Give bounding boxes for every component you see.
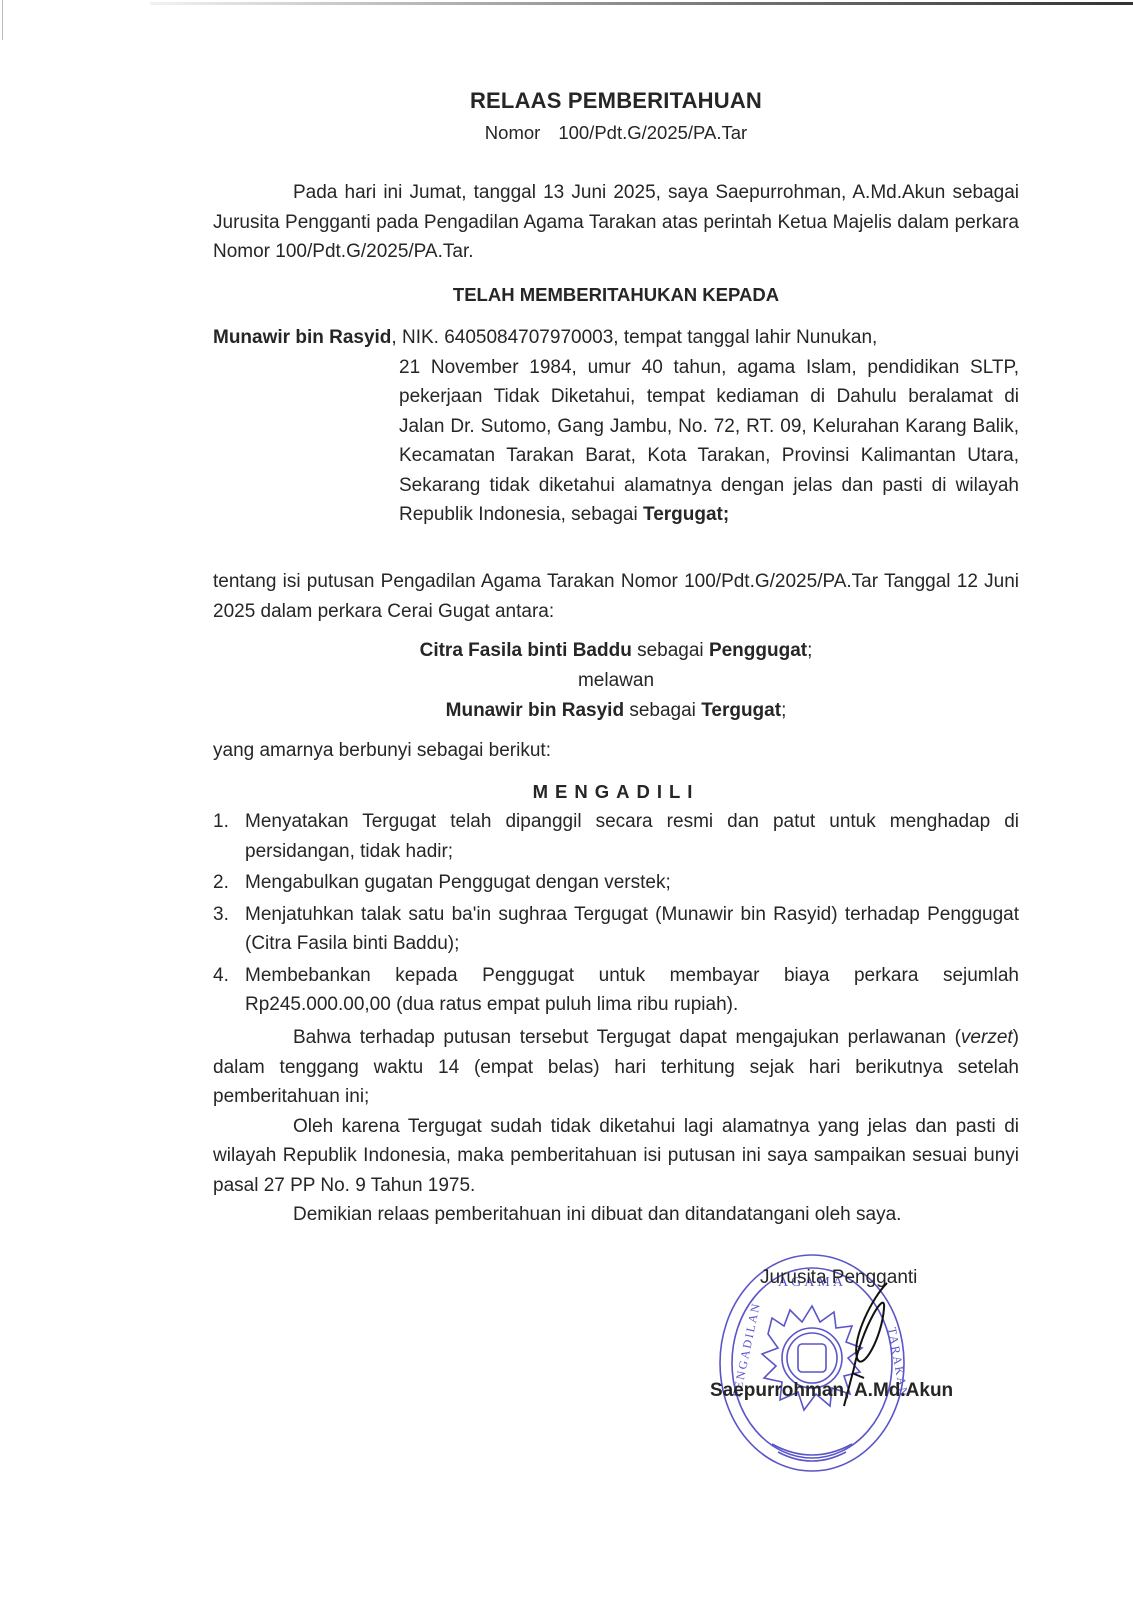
document-title: RELAAS PEMBERITAHUAN [213,88,1019,114]
opening-section: Pada hari ini Jumat, tanggal 13 Juni 202… [213,178,1019,267]
number-label: Nomor [485,122,541,143]
case-parties: Citra Fasila binti Baddu sebagai Penggug… [213,636,1019,726]
scan-top-edge [150,2,1133,5]
party-first-line: Munawir bin Rasyid, NIK. 640508470797000… [213,323,1019,353]
verdict-heading: MENGADILI [213,781,1019,803]
verdict-list: 1.Menyatakan Tergugat telah dipanggil se… [213,807,1019,1022]
closing-section: Bahwa terhadap putusan tersebut Tergugat… [213,1023,1019,1230]
verdict-item-number: 3. [213,900,229,930]
plaintiff-role: Penggugat [709,640,807,661]
verdict-item-text: Menjatuhkan talak satu ba'in sughraa Ter… [245,904,1019,955]
defendant-name: Munawir bin Rasyid [446,700,624,721]
verdict-item: 2.Mengabulkan gugatan Penggugat dengan v… [213,868,1019,898]
verdict-item-number: 1. [213,807,229,837]
decision-intro: tentang isi putusan Pengadilan Agama Tar… [213,567,1019,626]
verzet-paragraph: Bahwa terhadap putusan tersebut Tergugat… [213,1023,1019,1112]
defendant-as: sebagai [624,700,701,721]
verdict-item-number: 4. [213,961,229,991]
signature-block: AGAMA PENGADILAN TARAKAN Jurusita Pengga… [712,1248,1012,1478]
verdict-item: 3.Menjatuhkan talak satu ba'in sughraa T… [213,900,1019,959]
defendant-line: Munawir bin Rasyid sebagai Tergugat; [213,696,1019,726]
plaintiff-terminator: ; [807,640,812,661]
defendant-terminator: ; [781,700,786,721]
plaintiff-line: Citra Fasila binti Baddu sebagai Penggug… [213,636,1019,666]
notified-party: Munawir bin Rasyid, NIK. 640508470797000… [213,323,1019,530]
opening-paragraph: Pada hari ini Jumat, tanggal 13 Juni 202… [213,178,1019,267]
decision-intro-section: tentang isi putusan Pengadilan Agama Tar… [213,567,1019,626]
closing-paragraph: Demikian relaas pemberitahuan ini dibuat… [213,1200,1019,1230]
versus-line: melawan [213,666,1019,696]
verzet-before: Bahwa terhadap putusan tersebut Tergugat… [293,1027,961,1048]
verzet-term: verzet [961,1027,1013,1048]
party-nik: , NIK. 6405084707970003, tempat tanggal … [391,327,877,348]
party-details-text: 21 November 1984, umur 40 tahun, agama I… [399,357,1019,526]
address-paragraph: Oleh karena Tergugat sudah tidak diketah… [213,1112,1019,1201]
party-role: Tergugat; [643,504,729,525]
verdict-item-number: 2. [213,868,229,898]
number-value: 100/Pdt.G/2025/PA.Tar [558,122,747,143]
verdict-item-text: Membebankan kepada Penggugat untuk memba… [245,965,1019,1016]
document-number: Nomor100/Pdt.G/2025/PA.Tar [213,122,1019,144]
verdict-item-text: Mengabulkan gugatan Penggugat dengan ver… [245,872,671,893]
defendant-role: Tergugat [701,700,781,721]
signatory-name: Saepurrohman, A.Md.Akun [710,1380,953,1402]
scan-left-edge [2,0,3,40]
plaintiff-as: sebagai [632,640,709,661]
plaintiff-name: Citra Fasila binti Baddu [420,640,632,661]
party-details: 21 November 1984, umur 40 tahun, agama I… [399,353,1019,530]
party-name: Munawir bin Rasyid [213,327,391,348]
verdict-item-text: Menyatakan Tergugat telah dipanggil seca… [245,811,1019,862]
amar-intro-section: yang amarnya berbunyi sebagai berikut: [213,736,1019,766]
notified-heading: TELAH MEMBERITAHUKAN KEPADA [213,284,1019,306]
verdict-item: 1.Menyatakan Tergugat telah dipanggil se… [213,807,1019,866]
amar-intro: yang amarnya berbunyi sebagai berikut: [213,736,1019,766]
verdict-item: 4.Membebankan kepada Penggugat untuk mem… [213,961,1019,1020]
